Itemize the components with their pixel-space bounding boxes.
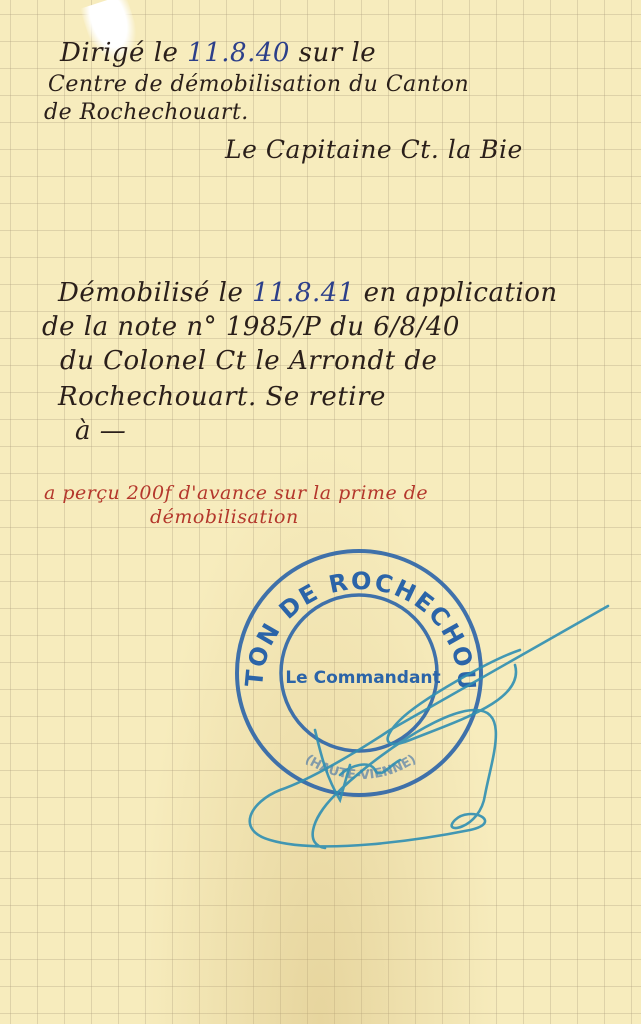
text: Démobilisé le (58, 278, 252, 308)
block2-line3: du Colonel Ct le Arrondt de (60, 346, 437, 376)
red-note-line1: a perçu 200f d'avance sur la prime de (44, 482, 428, 504)
signature-scribble-icon (240, 590, 620, 870)
block1-line2: Centre de démobilisation du Canton (48, 72, 469, 97)
block2-line2: de la note n° 1985/P du 6/8/40 (42, 312, 460, 342)
commander-signature (240, 590, 620, 870)
block2-line4: Rochechouart. Se retire (58, 382, 386, 412)
block2-line1: Démobilisé le 11.8.41 en application (58, 278, 558, 308)
text: Dirigé le (60, 38, 187, 68)
block1-line1: Dirigé le 11.8.40 sur le (60, 38, 376, 68)
block1-signature-line: Le Capitaine Ct. la Bie (225, 135, 523, 164)
date: 11.8.40 (187, 38, 290, 68)
red-note-line2: démobilisation (150, 506, 299, 528)
text: en application (355, 278, 558, 308)
block1-line3: de Rochechouart. (44, 100, 249, 125)
block2-line5: à — (75, 416, 126, 446)
text: sur le (290, 38, 376, 68)
date: 11.8.41 (252, 278, 355, 308)
